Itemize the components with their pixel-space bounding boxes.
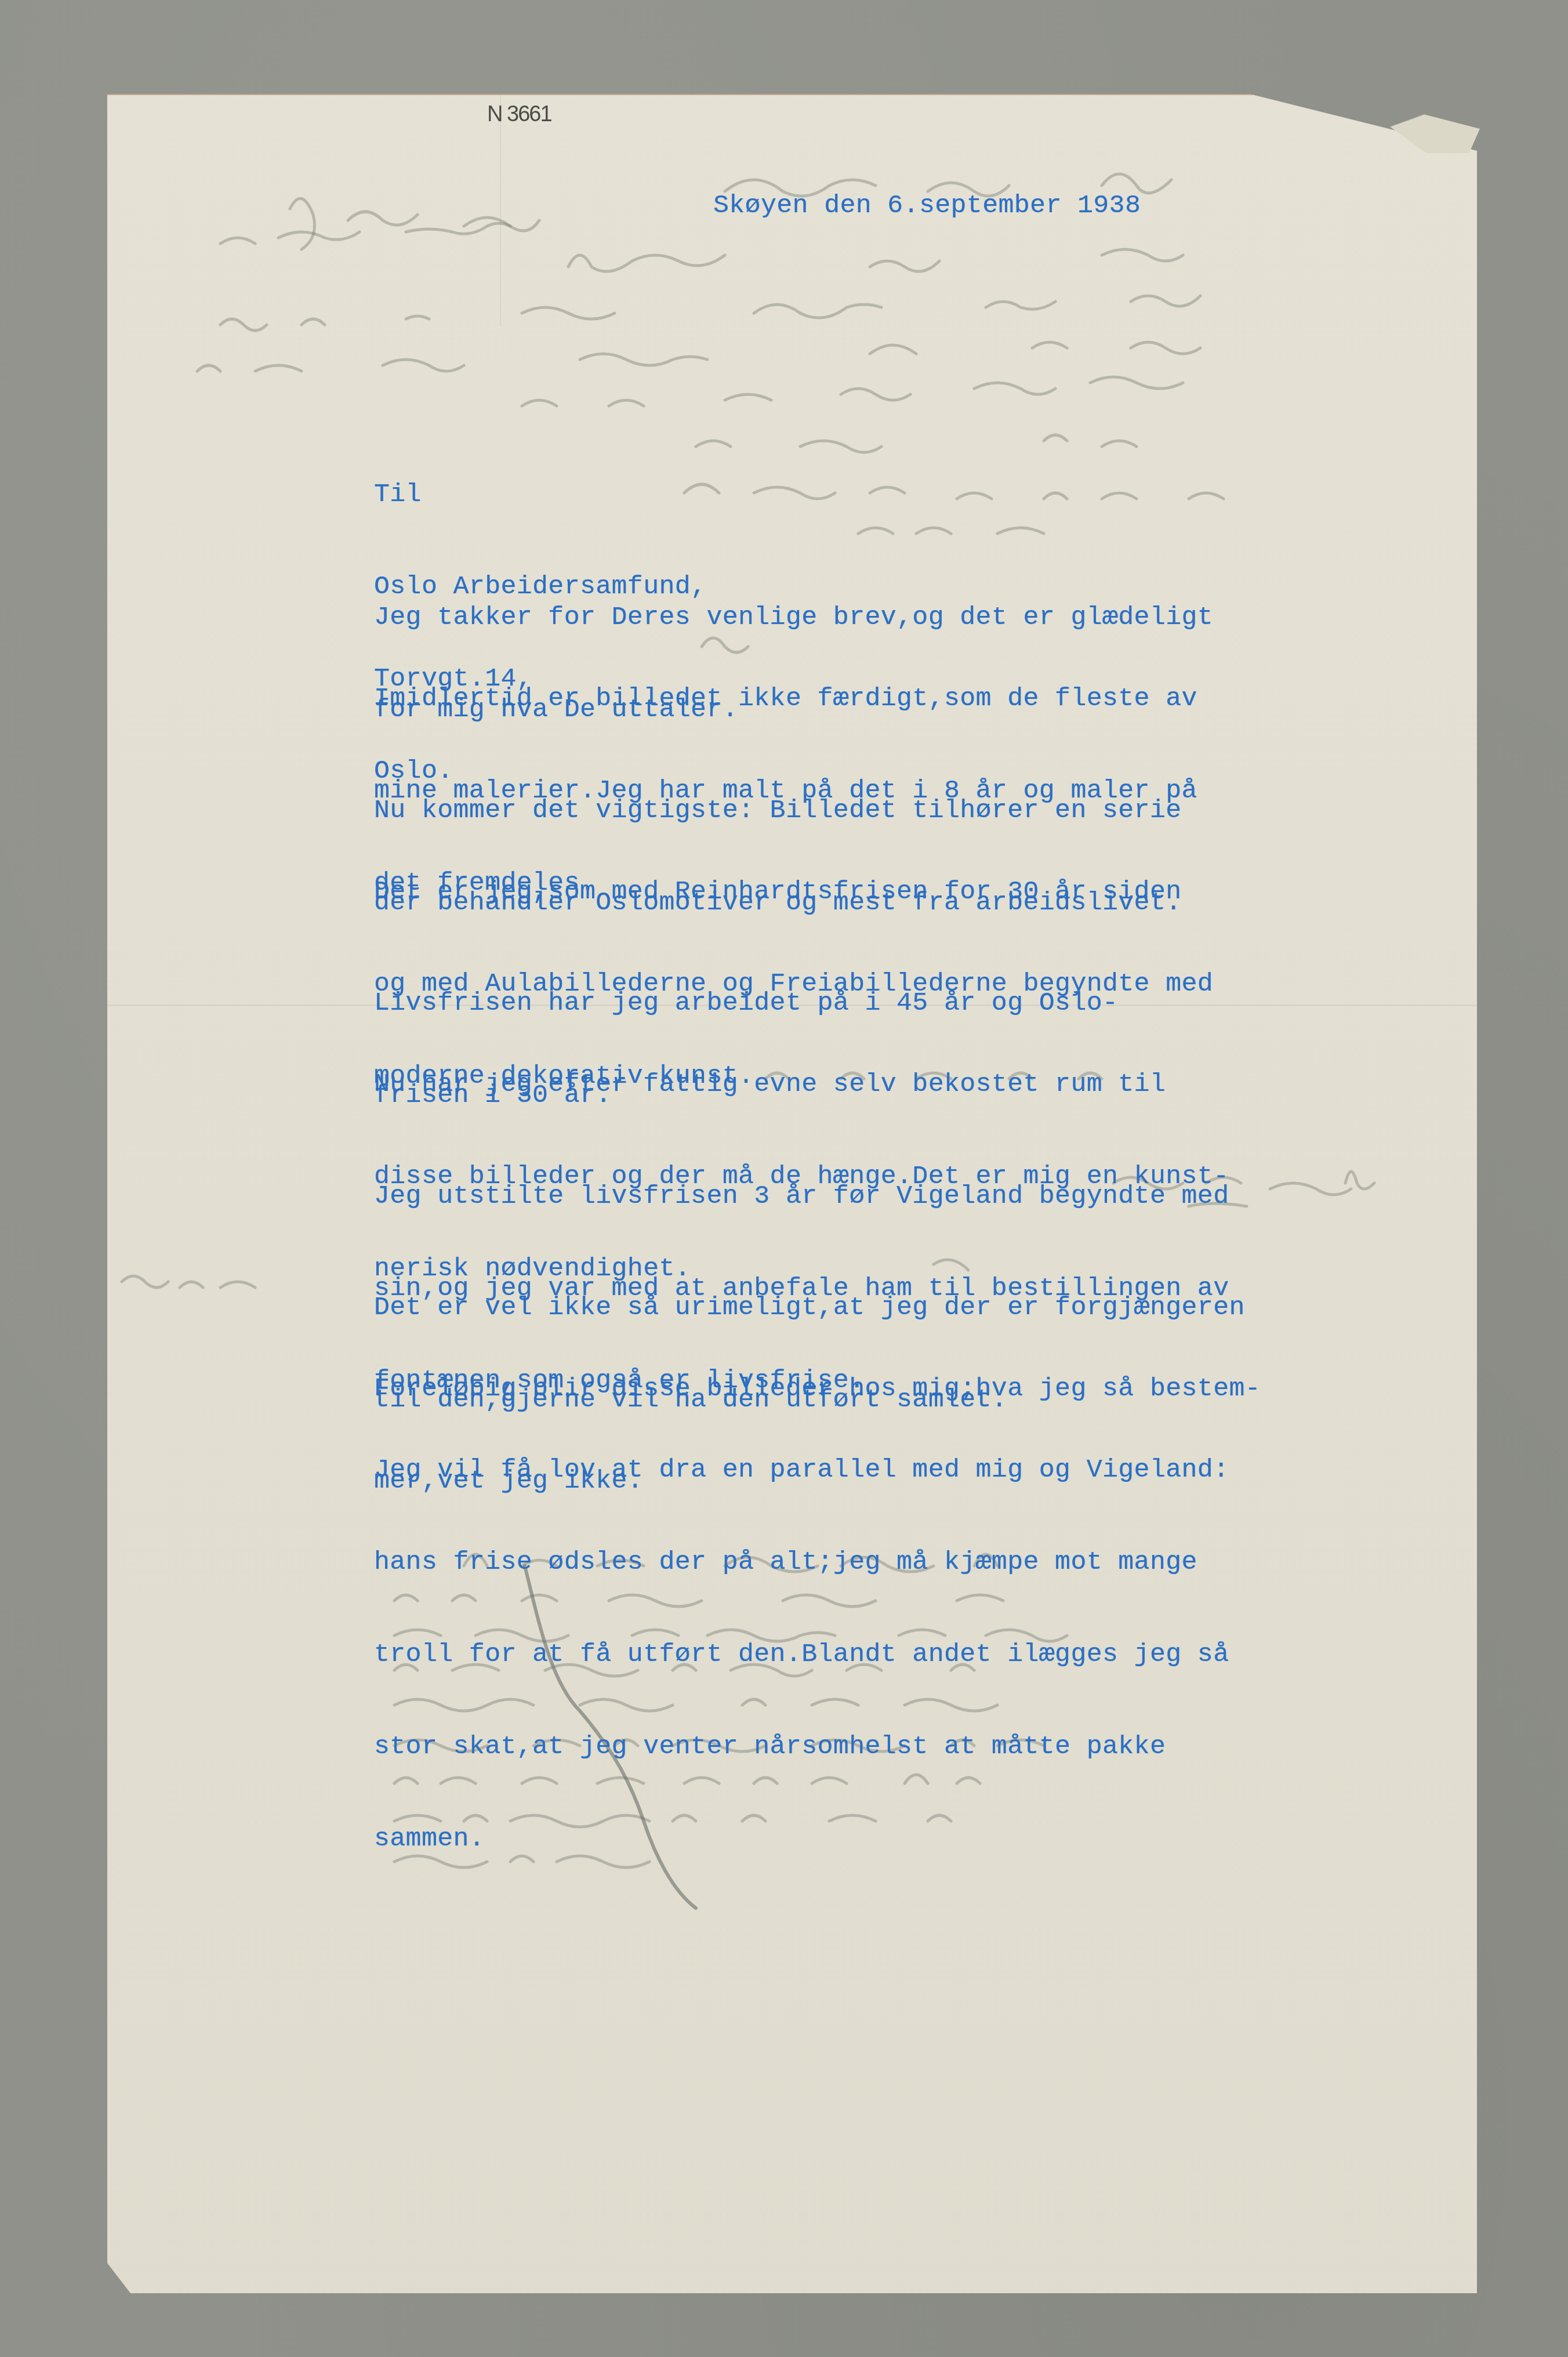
paragraph-parallel: Jeg vil få lov at dra en parallel med mi… [374,1393,1229,1885]
text-line: Jeg utstilte livsfrisen 3 år før Vigelan… [374,1181,1229,1212]
text-line: sammen. [374,1823,1229,1854]
text-line: hans frise ødsles der på alt;jeg må kjæm… [374,1547,1229,1578]
archive-number: N 3661 [487,102,551,127]
text-line: Imidlertid er billedet ikke færdigt,som … [374,683,1197,714]
text-line: Nu har jeg efter fattig evne selv bekost… [374,1069,1229,1100]
text-line: Jeg vil få lov at dra en parallel med mi… [374,1455,1229,1485]
address-line: Til [374,479,706,510]
vertical-crease [500,94,501,326]
text-line: troll for at få utført den.Blandt andet … [374,1639,1229,1670]
text-line: stor skat,at jeg venter nårsomhelst at m… [374,1731,1229,1762]
text-line: Det er jeg,som med Reinhardtsfrisen for … [374,876,1213,907]
dateline: Skøyen den 6.september 1938 [713,190,1141,221]
